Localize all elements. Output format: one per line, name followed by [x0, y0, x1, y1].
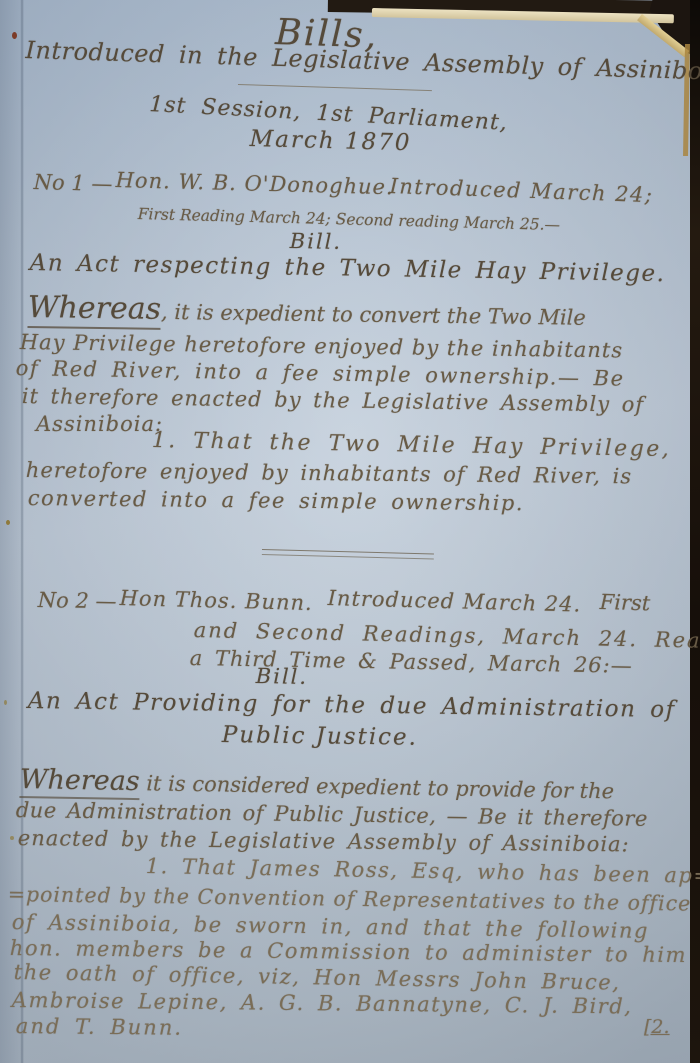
bill1-whereas-word: Whereas	[27, 290, 161, 330]
bill1-number: No 1 —	[33, 170, 112, 196]
paper-speck	[10, 836, 14, 840]
paper-speck	[12, 32, 17, 39]
bill1-whereas-rest: , it is expedient to convert the Two Mil…	[161, 300, 586, 330]
bill2-sponsor: Hon Thos. Bunn.	[119, 586, 313, 615]
bill2-readings-first: First	[599, 590, 650, 615]
page-number: [2.	[644, 1016, 670, 1038]
bill1-whereas-line: Assiniboia:	[36, 412, 163, 436]
bill2-whereas-word: Whereas	[19, 764, 140, 800]
bill1-bill-label: Bill.	[290, 229, 343, 254]
bill2-bill-label: Bill.	[256, 664, 309, 689]
bill2-clause-line: and T. Bunn.	[16, 1014, 183, 1040]
paper-speck	[4, 700, 7, 705]
bill1-whereas-line: Whereas, it is expedient to convert the …	[28, 290, 587, 333]
bill2-act-title-line: Public Justice.	[222, 722, 419, 751]
bill2-number: No 2 —	[38, 588, 117, 613]
manuscript-scan: Bills, Introduced in the Legislative Ass…	[0, 0, 700, 1063]
date-heading: March 1870	[249, 126, 411, 156]
paper-speck	[6, 520, 10, 525]
